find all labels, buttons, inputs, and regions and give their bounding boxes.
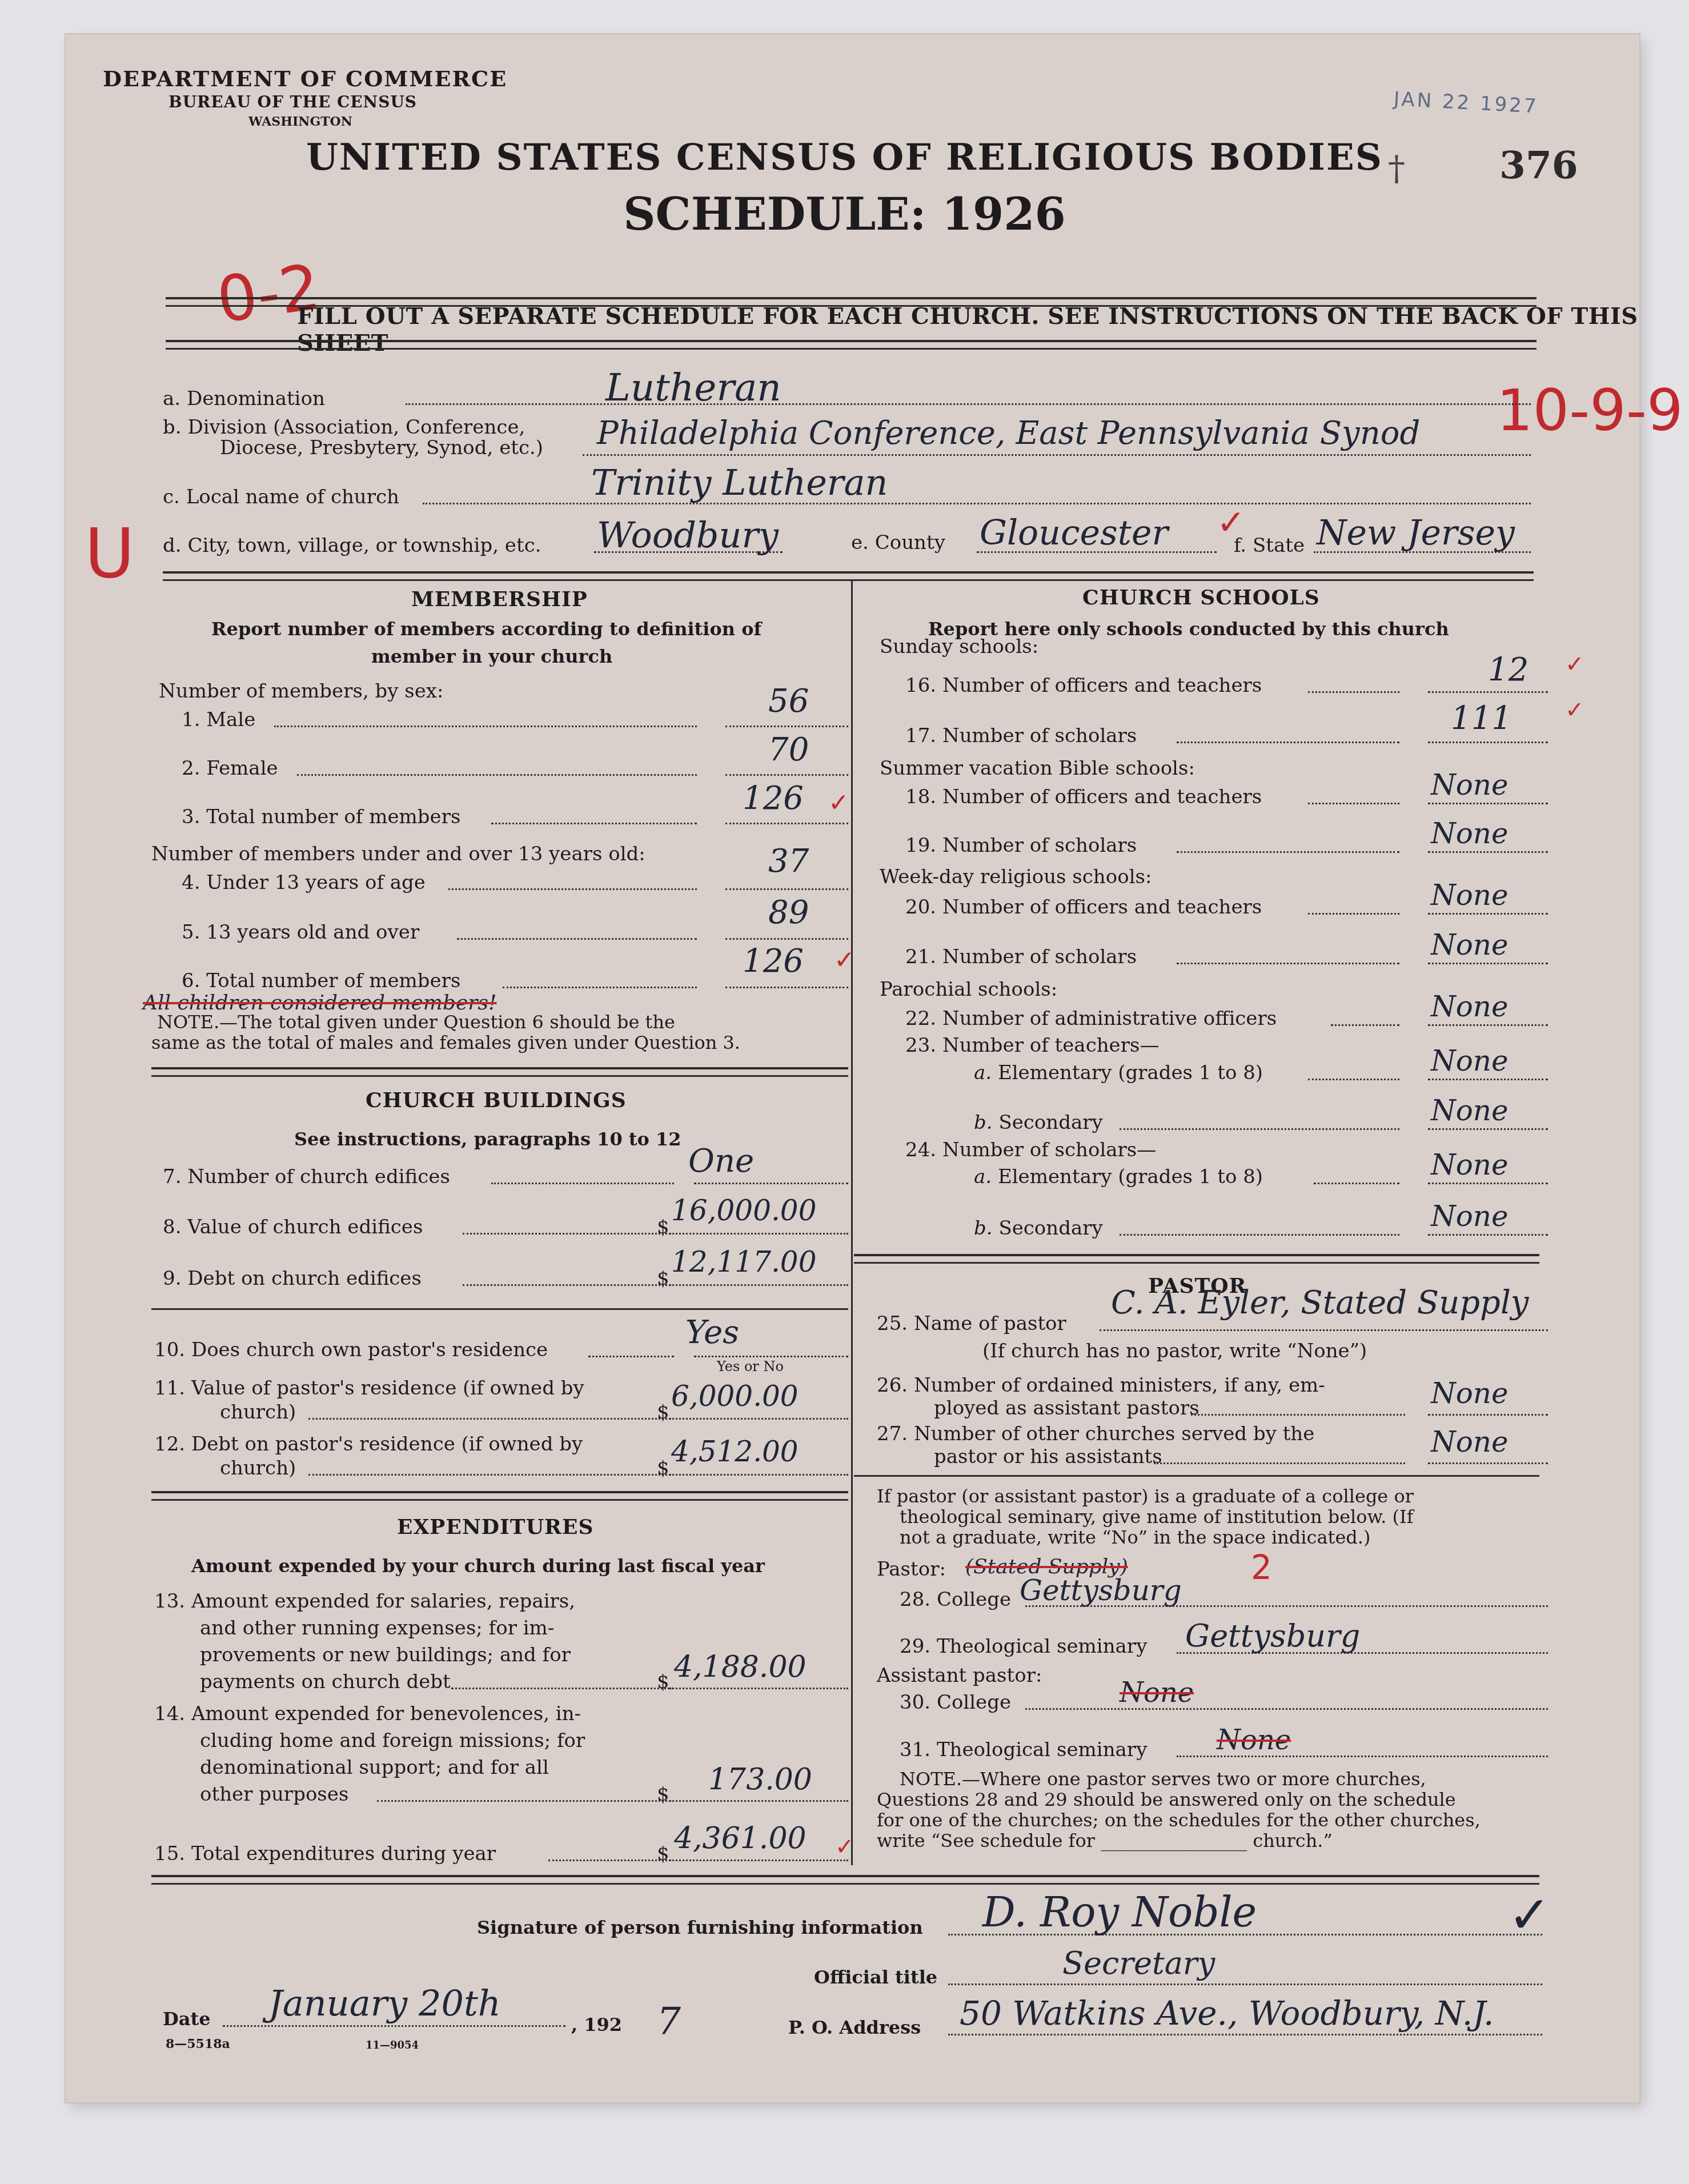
city-label: d. City, town, village, or township, etc…	[163, 534, 541, 557]
q24b-line	[1120, 1234, 1399, 1236]
q8-answer-line	[669, 1233, 848, 1235]
denomination-label: a. Denomination	[163, 387, 325, 410]
pastor-education-label: Pastor:	[877, 1558, 946, 1581]
q24b-label: b. Secondary	[974, 1217, 1103, 1240]
q22-answer-line	[1428, 1024, 1548, 1026]
q8-line	[463, 1233, 674, 1235]
q13-label-3: provements or new buildings; and for	[200, 1644, 571, 1666]
q30-label: 30. College	[900, 1691, 1011, 1714]
local-name-line	[423, 503, 1531, 504]
year-printed: , 192	[571, 2014, 622, 2035]
currency-sign: $	[657, 1670, 669, 1693]
q16-field[interactable]: 12	[1488, 651, 1528, 688]
q23a-answer-line	[1428, 1079, 1548, 1080]
q27-label-2: pastor or his assistants	[934, 1445, 1162, 1468]
summer-schools-label: Summer vacation Bible schools:	[880, 757, 1195, 780]
church-buildings-subtitle: See instructions, paragraphs 10 to 12	[294, 1128, 681, 1150]
members-age-label: Number of members under and over 13 year…	[151, 843, 645, 865]
q13-running-expenses-field[interactable]: 4,188.00	[674, 1650, 807, 1684]
q28-label: 28. College	[900, 1588, 1011, 1611]
q25-label: 25. Name of pastor	[877, 1312, 1066, 1335]
po-address-label: P. O. Address	[788, 2017, 921, 2038]
q13-line	[451, 1688, 674, 1689]
q22-label: 22. Number of administrative officers	[905, 1007, 1277, 1030]
q20-field[interactable]: None	[1431, 879, 1509, 912]
q4-line	[448, 888, 697, 890]
q13-label-2: and other running expenses; for im-	[200, 1617, 554, 1640]
red-annotation-right: 10-9-9	[1497, 377, 1683, 444]
q5-over13-field[interactable]: 89	[768, 894, 809, 931]
identification-double-rule	[163, 571, 1534, 581]
q10-residence-field[interactable]: Yes	[685, 1314, 739, 1351]
q17-label: 17. Number of scholars	[905, 724, 1137, 747]
q14-label-3: denominational support; and for all	[200, 1756, 549, 1779]
red-check-icon: ✓	[1565, 651, 1584, 678]
q19-label: 19. Number of scholars	[905, 834, 1137, 857]
q26-line	[1191, 1414, 1405, 1416]
q17-answer-line	[1428, 742, 1548, 743]
page-title: UNITED STATES CENSUS OF RELIGIOUS BODIES	[0, 136, 1689, 179]
q5-answer-line	[725, 938, 848, 940]
q23b-line	[1120, 1128, 1399, 1130]
q17-line	[1177, 742, 1399, 743]
q7-answer-line	[694, 1183, 848, 1184]
pastor-note-3: for one of the churches; on the schedule…	[877, 1809, 1481, 1831]
q5-line	[457, 938, 697, 940]
q21-label: 21. Number of scholars	[905, 945, 1137, 968]
membership-note-1: NOTE.—The total given under Question 6 s…	[157, 1011, 675, 1033]
state-field[interactable]: New Jersey	[1317, 513, 1515, 553]
q14-label-2: cluding home and foreign missions; for	[200, 1729, 585, 1752]
q6-answer-line	[725, 987, 848, 988]
q9-answer-line	[669, 1284, 848, 1286]
q1-male-field[interactable]: 56	[768, 683, 809, 720]
assistant-pastor-label: Assistant pastor:	[877, 1664, 1042, 1687]
q11-value-field[interactable]: 6,000.00	[671, 1380, 799, 1413]
q30-line	[1025, 1708, 1548, 1710]
currency-sign: $	[657, 1267, 669, 1290]
local-name-field[interactable]: Trinity Lutheran	[591, 462, 888, 503]
q24b-answer-line	[1428, 1234, 1548, 1236]
q15-line	[548, 1860, 674, 1861]
q21-field[interactable]: None	[1431, 928, 1509, 961]
q26-answer-line	[1428, 1414, 1548, 1416]
buildings-double-rule	[151, 1491, 848, 1501]
q3-total-field[interactable]: 126	[743, 780, 804, 817]
signature-label: Signature of person furnishing informati…	[477, 1917, 923, 1938]
q14-label-4: other purposes	[200, 1783, 348, 1806]
q8-value-field[interactable]: 16,000.00	[671, 1194, 816, 1227]
q7-line	[491, 1183, 674, 1184]
print-code: 11—9054	[366, 2039, 419, 2051]
q18-line	[1308, 803, 1399, 804]
q14-label: 14. Amount expended for benevolences, in…	[154, 1702, 581, 1725]
red-check-icon: ✓	[828, 788, 849, 818]
red-check-icon: ✓	[834, 945, 855, 975]
q11-label-1: 11. Value of pastor's residence (if owne…	[154, 1377, 584, 1400]
q26-label-2: ployed as assistant pastors	[934, 1397, 1199, 1420]
q7-label: 7. Number of church edifices	[163, 1165, 450, 1188]
denomination-line	[406, 403, 1531, 405]
q25-line	[1100, 1329, 1548, 1331]
q12-line	[308, 1474, 674, 1476]
membership-subtitle-1: Report number of members according to de…	[211, 618, 761, 640]
q12-debt-field[interactable]: 4,512.00	[671, 1435, 799, 1468]
q6-line	[503, 987, 697, 988]
q23b-field[interactable]: None	[1431, 1094, 1509, 1127]
currency-sign: $	[657, 1842, 669, 1865]
red-annotation-pastor: 2	[1251, 1548, 1272, 1587]
q23-label: 23. Number of teachers—	[905, 1034, 1159, 1057]
footer-double-rule	[151, 1875, 1539, 1885]
q15-label: 15. Total expenditures during year	[154, 1842, 496, 1865]
currency-sign: $	[657, 1401, 669, 1424]
q23a-label: a. Elementary (grades 1 to 8)	[974, 1061, 1263, 1084]
q14-line	[377, 1800, 674, 1802]
q19-field[interactable]: None	[1431, 817, 1509, 850]
q16-answer-line	[1428, 691, 1548, 693]
q24a-field[interactable]: None	[1431, 1148, 1509, 1181]
schedule-year-title: SCHEDULE: 1926	[0, 189, 1689, 241]
city-field[interactable]: Woodbury	[597, 514, 779, 556]
q11-line	[308, 1418, 674, 1420]
q26-label-1: 26. Number of ordained ministers, if any…	[877, 1374, 1325, 1397]
q4-answer-line	[725, 888, 848, 890]
q15-total-field[interactable]: 4,361.00	[674, 1821, 807, 1856]
q10-label: 10. Does church own pastor's residence	[154, 1339, 548, 1361]
q13-label: 13. Amount expended for salaries, repair…	[154, 1590, 575, 1613]
q23a-field[interactable]: None	[1431, 1044, 1509, 1077]
division-line	[583, 454, 1531, 456]
membership-heading: MEMBERSHIP	[411, 587, 588, 611]
q2-female-label: 2. Female	[182, 757, 278, 780]
q2-line	[297, 774, 697, 776]
bureau-heading: BUREAU OF THE CENSUS	[169, 93, 417, 111]
q15-answer-line	[669, 1860, 848, 1861]
q17-field[interactable]: 111	[1451, 700, 1512, 737]
q22-line	[1331, 1024, 1399, 1026]
banner-double-rule	[166, 340, 1536, 350]
q29-seminary-field[interactable]: Gettysburg	[1185, 1618, 1360, 1654]
q4-under13-label: 4. Under 13 years of age	[182, 871, 426, 894]
division-field[interactable]: Philadelphia Conference, East Pennsylvan…	[597, 415, 1420, 452]
q21-answer-line	[1428, 963, 1548, 964]
year-handwritten-field[interactable]: 7	[657, 1999, 681, 2043]
membership-subtitle-2: member in your church	[371, 646, 612, 667]
division-label-2: Diocese, Presbytery, Synod, etc.)	[220, 436, 543, 459]
denomination-field[interactable]: Lutheran	[605, 366, 781, 410]
q24a-answer-line	[1428, 1183, 1548, 1184]
q23b-label: b. Secondary	[974, 1111, 1103, 1134]
q2-female-field[interactable]: 70	[768, 731, 809, 768]
official-title-field[interactable]: Secretary	[1062, 1945, 1215, 1981]
q1-answer-line	[725, 726, 848, 727]
q11-label-2: church)	[220, 1401, 296, 1424]
q23a-line	[1308, 1079, 1399, 1080]
q30-college-field[interactable]: None	[1120, 1677, 1194, 1709]
division-label-1: b. Division (Association, Conference,	[163, 416, 525, 439]
q19-answer-line	[1428, 851, 1548, 853]
signature-field[interactable]: D. Roy Noble	[982, 1888, 1257, 1936]
q18-answer-line	[1428, 803, 1548, 804]
local-name-label: c. Local name of church	[163, 486, 399, 508]
q20-label: 20. Number of officers and teachers	[905, 896, 1262, 919]
q23b-answer-line	[1428, 1128, 1548, 1130]
q29-label: 29. Theological seminary	[900, 1635, 1147, 1658]
po-address-field[interactable]: 50 Watkins Ave., Woodbury, N.J.	[960, 1994, 1494, 2033]
schools-double-rule	[854, 1254, 1539, 1264]
currency-sign: $	[657, 1216, 669, 1239]
q19-line	[1177, 851, 1399, 853]
department-heading: DEPARTMENT OF COMMERCE	[103, 66, 507, 91]
q6-total-label: 6. Total number of members	[182, 969, 460, 992]
q20-answer-line	[1428, 913, 1548, 915]
q12-label-2: church)	[220, 1457, 296, 1480]
parochial-schools-label: Parochial schools:	[880, 978, 1057, 1001]
q7-edifices-field[interactable]: One	[688, 1143, 754, 1180]
q22-field[interactable]: None	[1431, 990, 1509, 1023]
official-title-label: Official title	[814, 1966, 937, 1988]
city-heading: WASHINGTON	[248, 114, 352, 129]
county-label: e. County	[851, 531, 945, 554]
q18-label: 18. Number of officers and teachers	[905, 786, 1262, 808]
q16-label: 16. Number of officers and teachers	[905, 674, 1262, 697]
q27-line	[1154, 1462, 1405, 1464]
check-mark-icon: ✓	[1508, 1885, 1551, 1945]
q20-line	[1308, 913, 1399, 915]
q16-line	[1308, 691, 1399, 693]
q25-pastor-name-field[interactable]: C. A. Eyler, Stated Supply	[1111, 1284, 1529, 1321]
education-intro-2: theological seminary, give name of insti…	[900, 1506, 1414, 1528]
pastor-note-1: NOTE.—Where one pastor serves two or mor…	[900, 1768, 1426, 1790]
q11-answer-line	[669, 1418, 848, 1420]
q21-line	[1177, 963, 1399, 964]
q2-answer-line	[725, 774, 848, 776]
q24b-field[interactable]: None	[1431, 1200, 1509, 1233]
q9-debt-field[interactable]: 12,117.00	[671, 1245, 816, 1279]
county-field[interactable]: Gloucester	[980, 513, 1168, 553]
membership-double-rule	[151, 1067, 848, 1077]
q3-line	[491, 823, 697, 824]
education-intro-1: If pastor (or assistant pastor) is a gra…	[877, 1485, 1414, 1507]
q3-answer-line	[725, 823, 848, 824]
education-intro-3: not a graduate, write “No” in the space …	[900, 1526, 1370, 1548]
q10-line	[588, 1356, 674, 1357]
pastor-rule	[854, 1475, 1539, 1477]
q8-label: 8. Value of church edifices	[163, 1216, 423, 1239]
members-by-sex-label: Number of members, by sex:	[159, 680, 443, 703]
buildings-rule	[151, 1308, 848, 1310]
q13-label-4: payments on church debt	[200, 1670, 451, 1693]
official-title-line	[948, 1983, 1542, 1985]
q9-line	[463, 1284, 674, 1286]
form-code: 8—5518a	[166, 2037, 230, 2051]
pastor-note-2: Questions 28 and 29 should be answered o…	[877, 1789, 1456, 1810]
red-check-icon: ✓	[1565, 697, 1584, 723]
q27-answer-line	[1428, 1462, 1548, 1464]
currency-sign: $	[657, 1783, 669, 1806]
column-divider	[851, 580, 853, 1865]
date-field[interactable]: January 20th	[268, 1982, 501, 2024]
q27-field[interactable]: None	[1431, 1425, 1509, 1458]
q13-answer-line	[669, 1688, 848, 1689]
church-schools-heading: CHURCH SCHOOLS	[1082, 586, 1320, 610]
q27-label-1: 27. Number of other churches served by t…	[877, 1422, 1314, 1445]
q26-field[interactable]: None	[1431, 1377, 1509, 1410]
q9-label: 9. Debt on church edifices	[163, 1267, 422, 1290]
q10-answer-line	[694, 1356, 848, 1357]
expenditures-heading: EXPENDITURES	[397, 1515, 593, 1539]
pastor-note-4: write “See schedule for ________________…	[877, 1830, 1333, 1852]
q12-answer-line	[669, 1474, 848, 1476]
q14-benevolences-field[interactable]: 173.00	[708, 1762, 812, 1797]
q24a-label: a. Elementary (grades 1 to 8)	[974, 1165, 1263, 1188]
q4-under13-field[interactable]: 37	[768, 843, 809, 880]
q6-total-field[interactable]: 126	[743, 943, 804, 980]
date-label: Date	[163, 2008, 211, 2030]
yes-no-hint: Yes or No	[717, 1359, 784, 1374]
red-check-icon: ✓	[835, 1834, 854, 1860]
q24a-line	[1314, 1183, 1399, 1184]
po-address-line	[948, 2034, 1542, 2035]
expenditures-subtitle: Amount expended by your church during la…	[191, 1555, 765, 1577]
q31-label: 31. Theological seminary	[900, 1738, 1147, 1761]
q3-total-label: 3. Total number of members	[182, 806, 460, 828]
currency-sign: $	[657, 1457, 669, 1480]
q14-answer-line	[669, 1800, 848, 1802]
q31-seminary-field[interactable]: None	[1217, 1724, 1291, 1756]
q24-label: 24. Number of scholars—	[905, 1139, 1156, 1161]
q1-male-label: 1. Male	[182, 708, 255, 731]
q25-hint: (If church has no pastor, write “None”)	[982, 1340, 1367, 1363]
weekday-schools-label: Week-day religious schools:	[880, 865, 1152, 888]
date-line	[223, 2025, 565, 2027]
sunday-schools-label: Sunday schools:	[880, 635, 1038, 658]
q28-college-field[interactable]: Gettysburg	[1020, 1574, 1182, 1607]
q12-label-1: 12. Debt on pastor's residence (if owned…	[154, 1433, 583, 1456]
q5-over13-label: 5. 13 years old and over	[182, 921, 419, 944]
q18-field[interactable]: None	[1431, 768, 1509, 802]
church-buildings-heading: CHURCH BUILDINGS	[366, 1088, 627, 1112]
red-annotation-left: U	[85, 514, 135, 594]
state-label: f. State	[1234, 534, 1305, 557]
membership-note-2: same as the total of males and females g…	[151, 1032, 740, 1053]
q1-line	[274, 726, 697, 727]
